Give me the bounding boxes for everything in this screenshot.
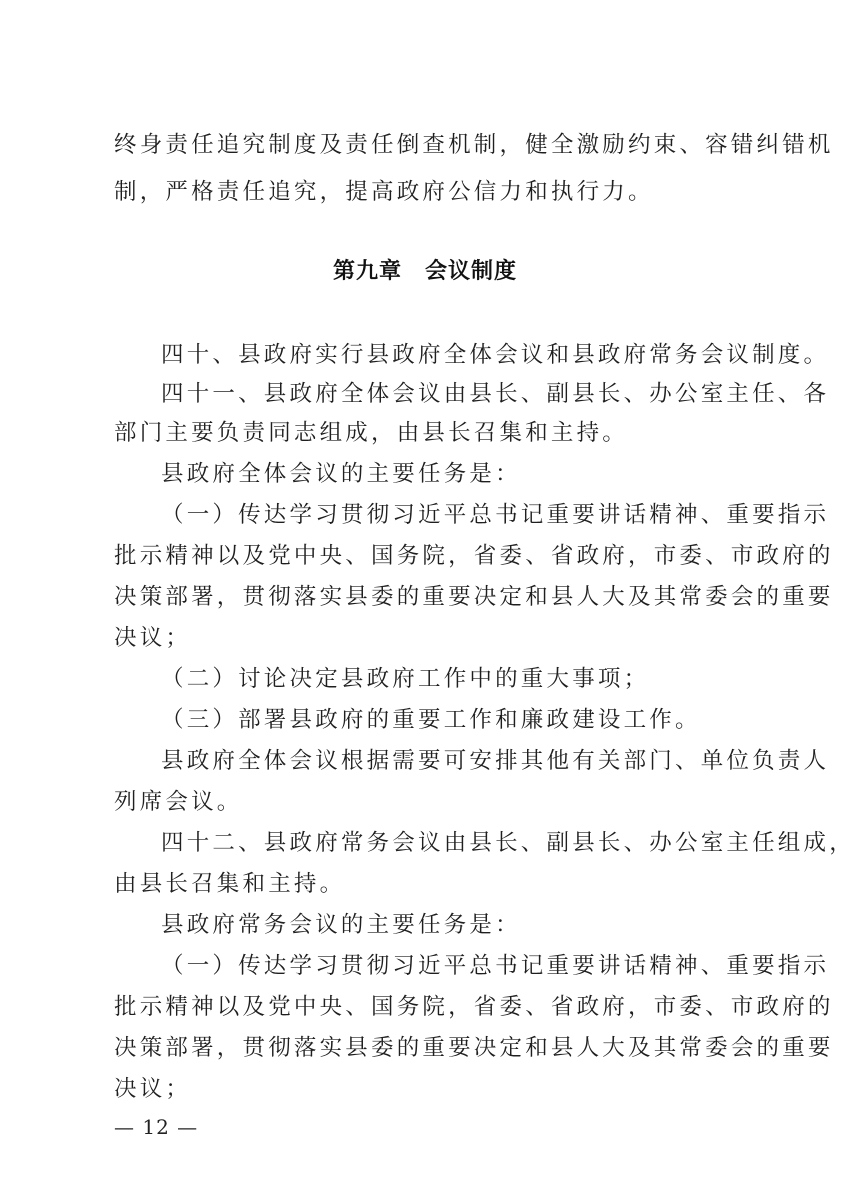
paragraph-line: 决议； [114, 623, 744, 653]
paragraph-line: 四十一、县政府全体会议由县长、副县长、办公室主任、各 [161, 379, 791, 409]
text-line: 制，严格责任追究，提高政府公信力和执行力。 [114, 177, 744, 207]
paragraph-line: 批示精神以及党中央、国务院，省委、省政府，市委、市政府的 [114, 541, 744, 571]
paragraph-line: 县政府全体会议的主要任务是： [161, 459, 791, 489]
paragraph-line: （一）传达学习贯彻习近平总书记重要讲话精神、重要指示 [161, 951, 791, 981]
paragraph-line: 由县长召集和主持。 [114, 869, 744, 899]
paragraph-line: 县政府常务会议的主要任务是： [161, 910, 791, 940]
paragraph-line: 四十二、县政府常务会议由县长、副县长、办公室主任组成， [161, 828, 791, 858]
paragraph-line: 决策部署，贯彻落实县委的重要决定和县人大及其常委会的重要 [114, 582, 744, 612]
paragraph-line: 部门主要负责同志组成，由县长召集和主持。 [114, 418, 744, 448]
paragraph-line: 决策部署，贯彻落实县委的重要决定和县人大及其常委会的重要 [114, 1033, 744, 1063]
text-line: 终身责任追究制度及责任倒查机制，健全激励约束、容错纠错机 [114, 130, 744, 160]
paragraph-line: （一）传达学习贯彻习近平总书记重要讲话精神、重要指示 [161, 500, 791, 530]
paragraph-line: 决议； [114, 1074, 744, 1104]
paragraph-line: 批示精神以及党中央、国务院，省委、省政府，市委、市政府的 [114, 992, 744, 1022]
page-number: — 12 — [114, 1113, 198, 1141]
paragraph-line: 县政府全体会议根据需要可安排其他有关部门、单位负责人 [161, 746, 791, 776]
paragraph-line: 四十、县政府实行县政府全体会议和县政府常务会议制度。 [161, 340, 791, 370]
paragraph-line: （二）讨论决定县政府工作中的重大事项； [161, 664, 791, 694]
document-page: 终身责任追究制度及责任倒查机制，健全激励约束、容错纠错机 制，严格责任追究，提高… [0, 0, 850, 1200]
chapter-heading: 第九章 会议制度 [0, 257, 850, 287]
paragraph-line: 列席会议。 [114, 787, 744, 817]
paragraph-line: （三）部署县政府的重要工作和廉政建设工作。 [161, 705, 791, 735]
